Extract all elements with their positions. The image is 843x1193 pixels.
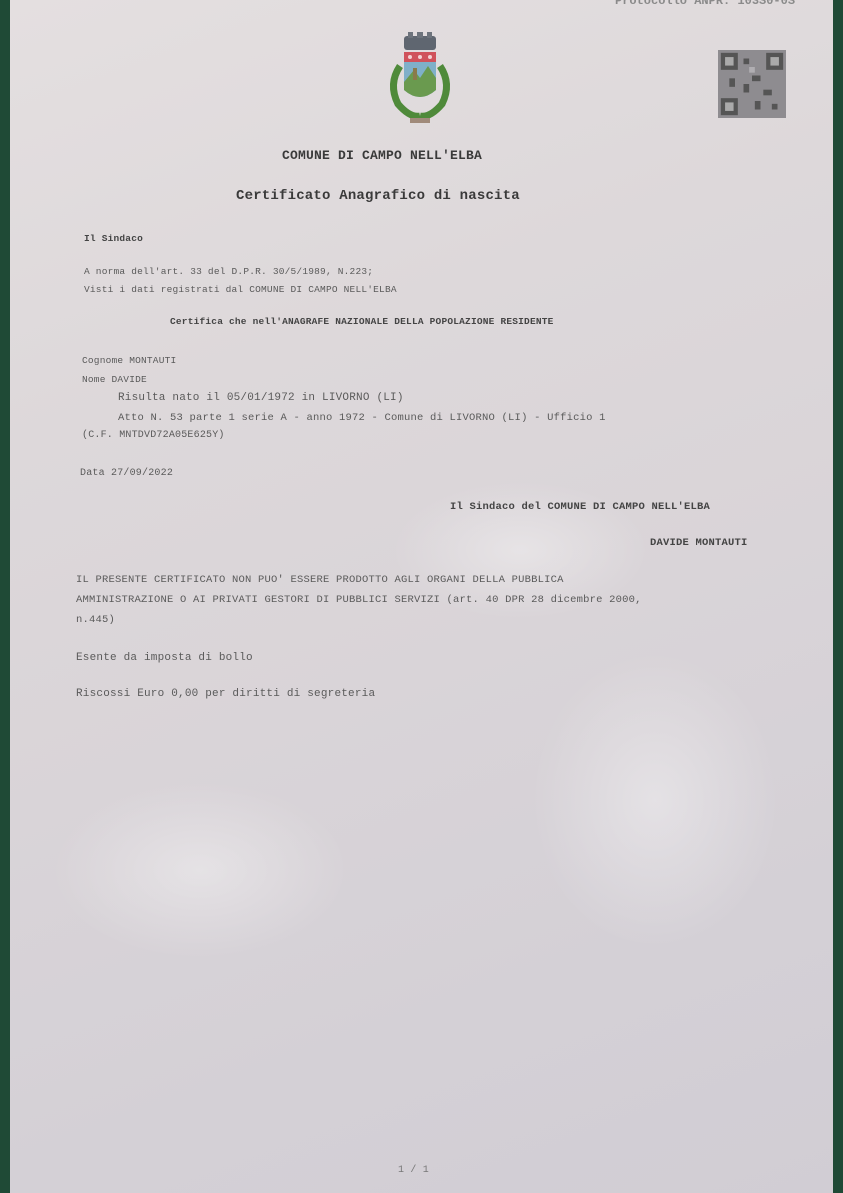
- protocol-header: Protocollo ANPR: 103S0-0S: [615, 0, 795, 8]
- certificate-paper: Protocollo ANPR: 103S0-0S COMUNE DI CAMP…: [10, 0, 833, 1193]
- signatory-name: DAVIDE MONTAUTI: [650, 537, 748, 549]
- coat-of-arms-icon: [380, 32, 460, 128]
- act-details: Atto N. 53 parte 1 serie A - anno 1972 -…: [118, 412, 606, 424]
- birth-details: Risulta nato il 05/01/1972 in LIVORNO (L…: [118, 392, 404, 404]
- qr-code-icon: [716, 50, 788, 118]
- fees-note: Riscossi Euro 0,00 per diritti di segret…: [76, 688, 375, 700]
- name-field: Nome DAVIDE: [82, 374, 147, 385]
- surname-field: Cognome MONTAUTI: [82, 355, 176, 366]
- certifies-statement: Certifica che nell'ANAGRAFE NAZIONALE DE…: [170, 316, 554, 327]
- legal-basis-line-2: Visti i dati registrati dal COMUNE DI CA…: [84, 284, 397, 295]
- tax-code: (C.F. MNTDVD72A05E625Y): [82, 430, 225, 441]
- notice-line-2: AMMINISTRAZIONE O AI PRIVATI GESTORI DI …: [76, 594, 642, 606]
- legal-basis-line-1: A norma dell'art. 33 del D.P.R. 30/5/198…: [84, 266, 373, 277]
- page-number: 1 / 1: [398, 1165, 429, 1176]
- notice-line-3: n.445): [76, 614, 115, 626]
- authority-label: Il Sindaco: [84, 233, 143, 244]
- issue-date: Data 27/09/2022: [80, 468, 173, 479]
- document-title: Certificato Anagrafico di nascita: [236, 188, 520, 204]
- signatory-role: Il Sindaco del COMUNE DI CAMPO NELL'ELBA: [450, 501, 710, 513]
- issuer-heading: COMUNE DI CAMPO NELL'ELBA: [282, 148, 482, 163]
- stamp-duty-note: Esente da imposta di bollo: [76, 652, 253, 664]
- notice-line-1: IL PRESENTE CERTIFICATO NON PUO' ESSERE …: [76, 574, 564, 586]
